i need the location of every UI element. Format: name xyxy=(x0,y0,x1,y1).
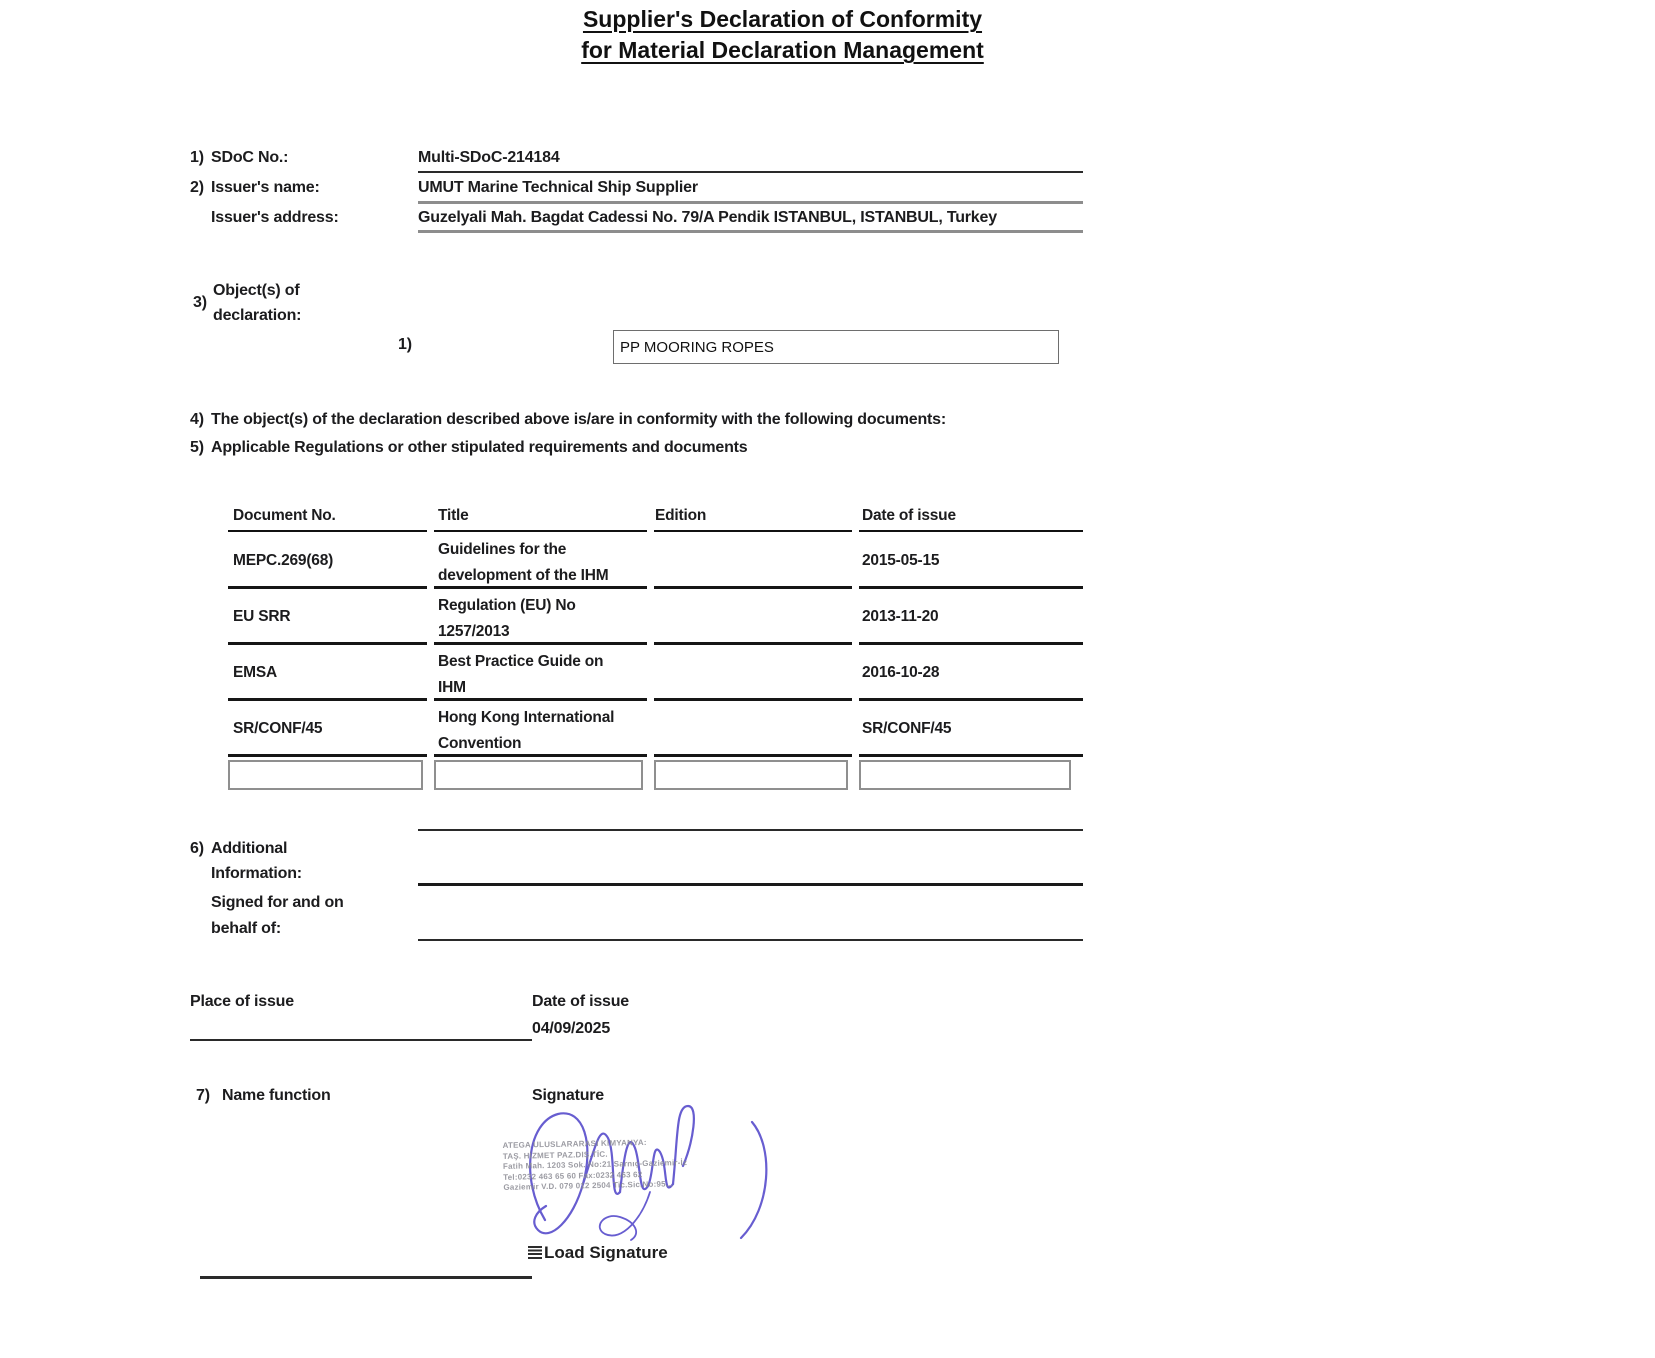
sdoc-no-label: SDoC No.: xyxy=(211,148,288,168)
table-row-document-no: EMSA xyxy=(233,663,277,683)
additional-info-field-line2[interactable] xyxy=(418,883,1083,886)
table-row-rule xyxy=(434,586,647,589)
table-row-date: 2013-11-20 xyxy=(862,607,938,627)
table-header-rule xyxy=(654,530,852,532)
issuer-address-underline xyxy=(418,230,1083,233)
load-signature-label: Load Signature xyxy=(544,1243,668,1262)
table-header-rule xyxy=(859,530,1083,532)
document-title-line2: for Material Declaration Management xyxy=(450,35,1115,66)
title-line: Best Practice Guide on xyxy=(438,649,603,675)
load-signature-button[interactable]: Load Signature xyxy=(528,1243,668,1263)
field-1-number: 1) xyxy=(190,148,204,168)
table-row-rule xyxy=(654,586,852,589)
table-row-date: 2015-05-15 xyxy=(862,551,939,571)
table-row-rule xyxy=(654,754,852,757)
document-title: Supplier's Declaration of Conformity for… xyxy=(450,4,1115,66)
table-row-rule xyxy=(859,754,1083,757)
section-3-number: 3) xyxy=(193,293,207,313)
table-row-rule xyxy=(434,754,647,757)
table-row-rule xyxy=(654,642,852,645)
section-5-text: Applicable Regulations or other stipulat… xyxy=(211,438,748,458)
date-of-issue-value: 04/09/2025 xyxy=(532,1019,610,1039)
sdoc-no-underline xyxy=(418,171,1083,173)
object-item-number: 1) xyxy=(398,335,412,355)
issuer-name-underline xyxy=(418,201,1083,204)
issuer-name-label: Issuer's name: xyxy=(211,178,320,198)
objects-label-line2: declaration: xyxy=(213,306,301,326)
additional-info-label-line2: Information: xyxy=(211,864,302,884)
title-line: Regulation (EU) No xyxy=(438,593,576,619)
section-4-number: 4) xyxy=(190,410,204,430)
table-row-title: Hong Kong International Convention xyxy=(438,705,614,757)
table-row-date: SR/CONF/45 xyxy=(862,719,951,739)
new-title-input[interactable] xyxy=(434,760,643,790)
date-of-issue-label: Date of issue xyxy=(532,992,629,1012)
additional-info-field-line1[interactable] xyxy=(418,829,1083,831)
title-line: Hong Kong International xyxy=(438,705,614,731)
table-row-date: 2016-10-28 xyxy=(862,663,939,683)
sdoc-no-value: Multi-SDoC-214184 xyxy=(418,148,560,168)
col-header-title: Title xyxy=(438,506,469,526)
table-row-title: Best Practice Guide on IHM xyxy=(438,649,603,701)
table-row-document-no: MEPC.269(68) xyxy=(233,551,333,571)
signed-for-label-line1: Signed for and on xyxy=(211,893,344,913)
table-header-rule xyxy=(228,530,427,532)
name-function-field-line[interactable] xyxy=(200,1276,532,1279)
table-header-rule xyxy=(434,530,647,532)
col-header-date-of-issue: Date of issue xyxy=(862,506,956,526)
section-5-number: 5) xyxy=(190,438,204,458)
table-row-title: Regulation (EU) No 1257/2013 xyxy=(438,593,576,645)
table-row-rule xyxy=(859,586,1083,589)
table-row-rule xyxy=(654,698,852,701)
new-document-no-input[interactable] xyxy=(228,760,423,790)
issuer-address-label: Issuer's address: xyxy=(211,208,339,228)
lines-icon xyxy=(528,1246,542,1259)
new-date-of-issue-input[interactable] xyxy=(859,760,1071,790)
document-page: Supplier's Declaration of Conformity for… xyxy=(0,0,1655,1358)
place-of-issue-field-line[interactable] xyxy=(190,1039,532,1041)
signed-for-field-line[interactable] xyxy=(418,939,1083,941)
table-row-rule xyxy=(228,754,427,757)
new-edition-input[interactable] xyxy=(654,760,848,790)
table-row-rule xyxy=(434,698,647,701)
table-row-rule xyxy=(434,642,647,645)
table-row-document-no: EU SRR xyxy=(233,607,290,627)
col-header-edition: Edition xyxy=(655,506,706,526)
field-2-number: 2) xyxy=(190,178,204,198)
issuer-name-value: UMUT Marine Technical Ship Supplier xyxy=(418,178,698,198)
section-4-text: The object(s) of the declaration describ… xyxy=(211,410,946,430)
table-row-title: Guidelines for the development of the IH… xyxy=(438,537,608,589)
table-row-rule xyxy=(859,698,1083,701)
section-6-number: 6) xyxy=(190,839,204,859)
table-row-rule xyxy=(228,698,427,701)
section-7-number: 7) xyxy=(196,1086,210,1106)
col-header-document-no: Document No. xyxy=(233,506,336,526)
table-row-document-no: SR/CONF/45 xyxy=(233,719,322,739)
objects-label-line1: Object(s) of xyxy=(213,281,300,301)
title-line: Guidelines for the xyxy=(438,537,608,563)
additional-info-label-line1: Additional xyxy=(211,839,287,859)
company-stamp: ATEGA ULUSLARARASI KIMYANYA: TAŞ. HİZMET… xyxy=(502,1137,688,1193)
table-row-rule xyxy=(228,586,427,589)
document-title-line1: Supplier's Declaration of Conformity xyxy=(450,4,1115,35)
issuer-address-value: Guzelyali Mah. Bagdat Cadessi No. 79/A P… xyxy=(418,208,997,228)
table-row-rule xyxy=(228,642,427,645)
name-function-label: Name function xyxy=(222,1086,331,1106)
table-row-rule xyxy=(859,642,1083,645)
place-of-issue-label: Place of issue xyxy=(190,992,294,1012)
signed-for-label-line2: behalf of: xyxy=(211,919,281,939)
object-item-input[interactable] xyxy=(613,330,1059,364)
